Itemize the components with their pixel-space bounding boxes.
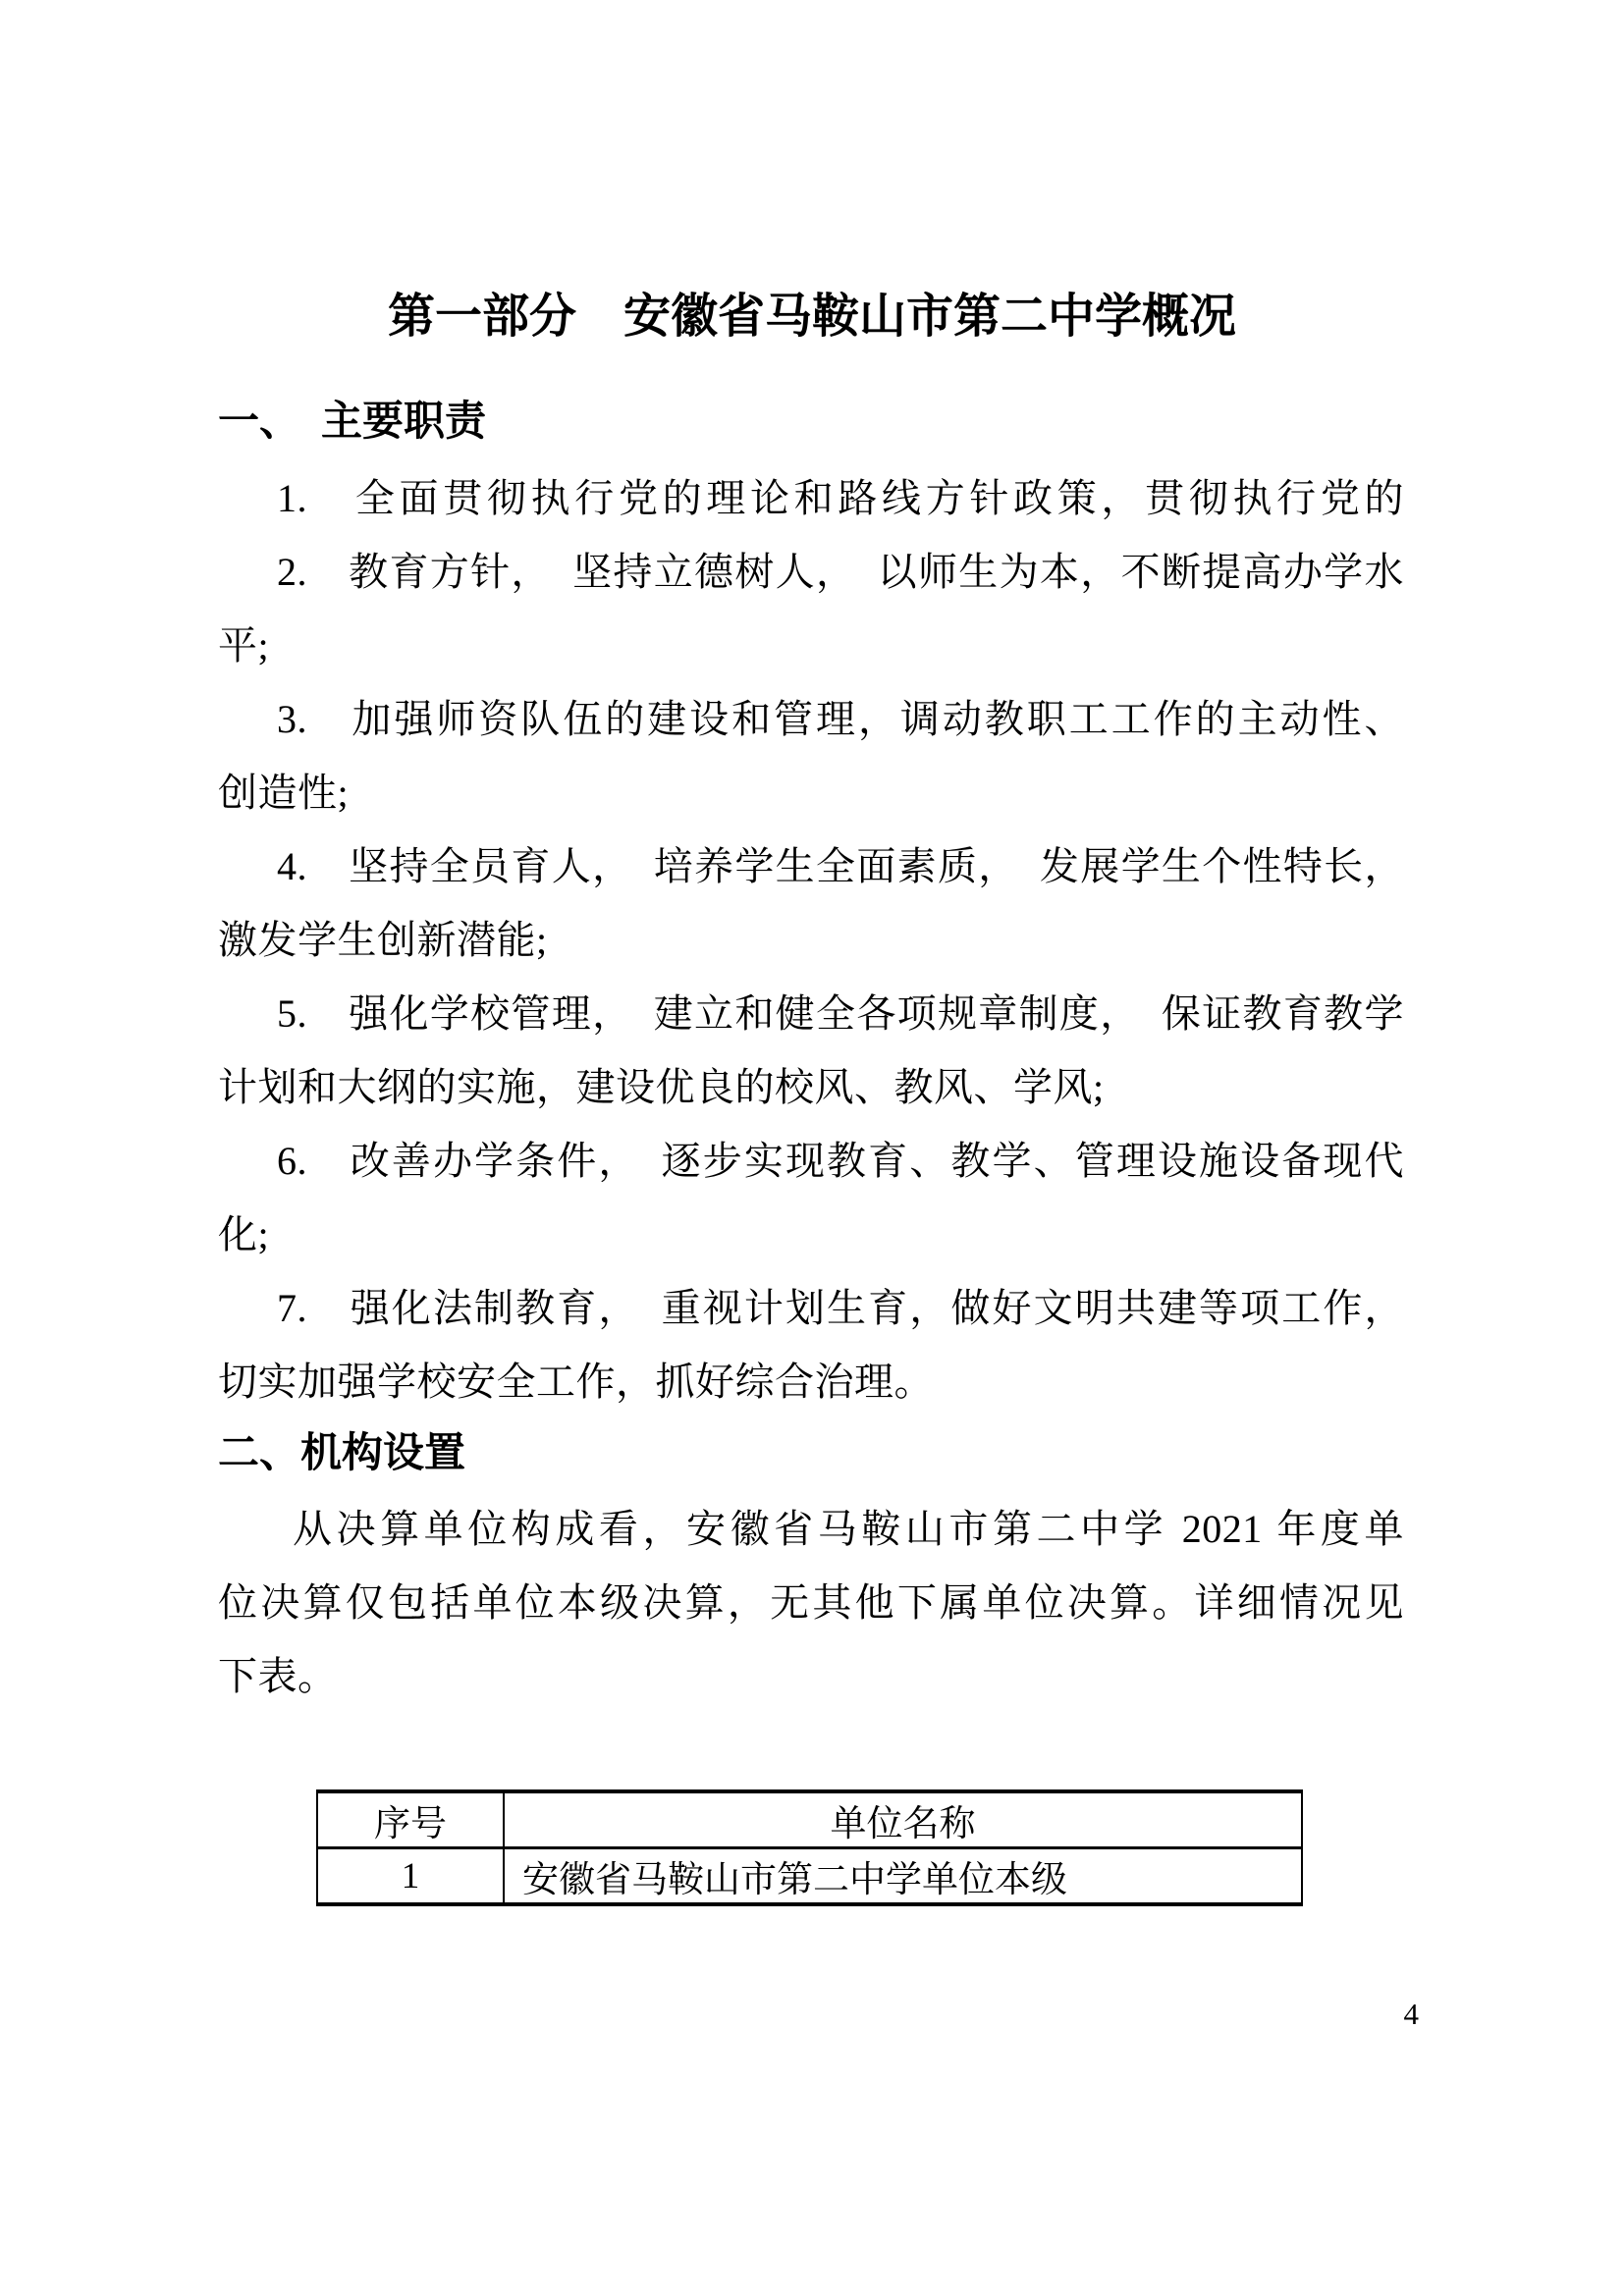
body-line: 1. 全面贯彻执行党的理论和路线方针政策，贯彻执行党的 [218, 461, 1404, 535]
page-title: 第一部分 安徽省马鞍山市第二中学概况 [0, 287, 1624, 347]
table-header-cell: 单位名称 [504, 1791, 1302, 1848]
table-cell-index: 1 [317, 1848, 504, 1905]
body-line: 5. 强化学校管理， 建立和健全各项规章制度， 保证教育教学 [218, 977, 1404, 1050]
body-line: 化; [218, 1198, 1404, 1271]
body-line: 平; [218, 609, 1404, 682]
body-line: 切实加强学校安全工作，抓好综合治理。 [218, 1345, 1404, 1418]
page-number: 4 [218, 1993, 1419, 2036]
units-table-head: 序号单位名称 [317, 1791, 1302, 1848]
table-header-row: 序号单位名称 [317, 1791, 1302, 1848]
table-row: 1安徽省马鞍山市第二中学单位本级 [317, 1848, 1302, 1905]
document-page: 第一部分 安徽省马鞍山市第二中学概况 一、 主要职责 1. 全面贯彻执行党的理论… [0, 0, 1624, 2296]
body-line: 激发学生创新潜能; [218, 903, 1404, 977]
body-line: 3. 加强师资队伍的建设和管理，调动教职工工作的主动性、 [218, 682, 1404, 756]
units-table: 序号单位名称 1安徽省马鞍山市第二中学单位本级 [316, 1789, 1303, 1906]
body-line: 计划和大纲的实施，建设优良的校风、教风、学风; [218, 1050, 1404, 1124]
section-body-main-duties: 1. 全面贯彻执行党的理论和路线方针政策，贯彻执行党的2. 教育方针， 坚持立德… [218, 461, 1404, 1418]
section-heading-organization: 二、机构设置 [218, 1422, 465, 1483]
body-line: 2. 教育方针， 坚持立德树人， 以师生为本，不断提高办学水 [218, 535, 1404, 609]
section-heading-main-duties: 一、 主要职责 [218, 391, 486, 452]
body-line: 7. 强化法制教育， 重视计划生育，做好文明共建等项工作， [218, 1271, 1404, 1345]
table-cell-unit-name: 安徽省马鞍山市第二中学单位本级 [504, 1848, 1302, 1905]
body-line: 从决算单位构成看，安徽省马鞍山市第二中学 2021 年度单 [218, 1492, 1404, 1566]
section-body-organization: 从决算单位构成看，安徽省马鞍山市第二中学 2021 年度单位决算仅包括单位本级决… [218, 1492, 1404, 1713]
body-line: 下表。 [218, 1639, 1404, 1713]
table-header-cell: 序号 [317, 1791, 504, 1848]
body-line: 创造性; [218, 756, 1404, 829]
body-line: 位决算仅包括单位本级决算，无其他下属单位决算。详细情况见 [218, 1566, 1404, 1639]
units-table-body: 1安徽省马鞍山市第二中学单位本级 [317, 1848, 1302, 1905]
body-line: 6. 改善办学条件， 逐步实现教育、教学、管理设施设备现代 [218, 1124, 1404, 1198]
body-line: 4. 坚持全员育人， 培养学生全面素质， 发展学生个性特长， [218, 829, 1404, 903]
